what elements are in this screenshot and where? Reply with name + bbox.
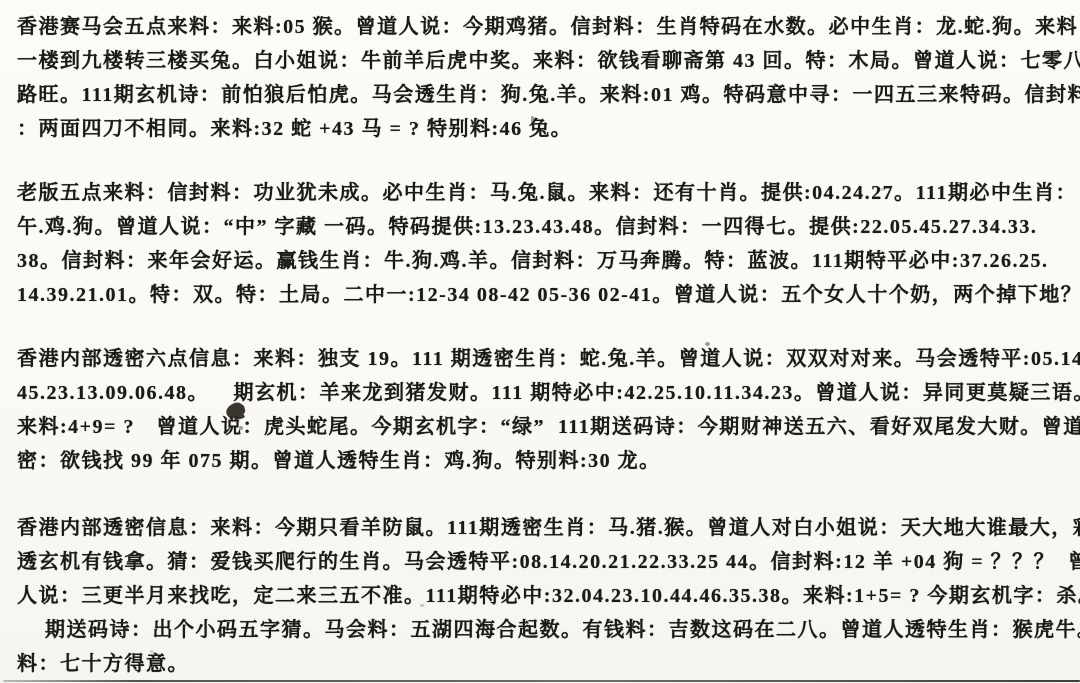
text-line: 38。信封料：来年会好运。赢钱生肖：牛.狗.鸡.羊。信封料：万马奔腾。特：蓝波。… <box>17 244 1069 278</box>
text-line: 香港内部透密信息：来料：今期只看羊防鼠。111期透密生肖：马.猪.猴。曾道人对白… <box>17 511 1069 545</box>
scan-speck <box>420 604 424 607</box>
scan-speck <box>239 426 243 430</box>
paragraph-hk-jockey-club-5pm: 香港赛马会五点来料：来料:05 猴。曾道人说：今期鸡猪。信封料：生肖特码在水数。… <box>17 10 1069 146</box>
text-line: 午.鸡.狗。曾道人说：“中” 字藏 一码。特码提供:13.23.43.48。信封… <box>17 210 1069 244</box>
text-line: 一楼到九楼转三楼买兔。白小姐说：牛前羊后虎中奖。来料：欲钱看聊斋第 43 回。特… <box>17 44 1069 78</box>
scanned-document-page: 香港赛马会五点来料：来料:05 猴。曾道人说：今期鸡猪。信封料：生肖特码在水数。… <box>0 0 1080 683</box>
scan-speck <box>531 116 534 125</box>
paragraph-code-poem: 期送码诗：出个小码五字猜。马会料：五湖四海合起数。有钱料：吉数这码在二八。曾道人… <box>17 613 1069 681</box>
text-line: 来料:4+9= ? 曾道人说：虎头蛇尾。今期玄机字：“绿” 111期送码诗：今期… <box>17 410 1069 444</box>
text-line: 料：七十方得意。 <box>17 647 1069 681</box>
scan-speck <box>150 650 153 653</box>
scan-speck <box>880 188 883 191</box>
text-line: 老版五点来料：信封料：功业犹未成。必中生肖：马.兔.鼠。来料：还有十肖。提供:0… <box>17 176 1069 210</box>
text-line: 透玄机有钱拿。猜：爱钱买爬行的生肖。马会透特平:08.14.20.21.22.3… <box>17 545 1069 579</box>
text-line: 密：欲钱找 99 年 075 期。曾道人透特生肖：鸡.狗。特别料:30 龙。 <box>17 444 1069 478</box>
scan-speck <box>705 342 710 346</box>
paragraph-old-version-5pm: 老版五点来料：信封料：功业犹未成。必中生肖：马.兔.鼠。来料：还有十肖。提供:0… <box>17 176 1069 312</box>
text-line: 香港内部透密六点信息：来料：独支 19。111 期透密生肖：蛇.兔.羊。曾道人说… <box>17 342 1069 376</box>
text-line: 期送码诗：出个小码五字猜。马会料：五湖四海合起数。有钱料：吉数这码在二八。曾道人… <box>17 613 1069 647</box>
text-line: 45.23.13.09.06.48。 期玄机：羊来龙到猪发财。111 期特必中:… <box>17 376 1069 410</box>
text-line: 路旺。111期玄机诗：前怕狼后怕虎。马会透生肖：狗.兔.羊。来料:01 鸡。特码… <box>17 78 1069 112</box>
text-line: ：两面四刀不相同。来料:32 蛇 +43 马 = ? 特别料:46 兔。 <box>17 112 1069 146</box>
text-line: 人说：三更半月来找吃，定二来三五不准。111期特必中:32.04.23.10.4… <box>17 579 1069 613</box>
text-line: 香港赛马会五点来料：来料:05 猴。曾道人说：今期鸡猪。信封料：生肖特码在水数。… <box>17 10 1069 44</box>
paragraph-hk-internal-info: 香港内部透密信息：来料：今期只看羊防鼠。111期透密生肖：马.猪.猴。曾道人对白… <box>17 511 1069 613</box>
scan-edge-line <box>3 680 1080 682</box>
paragraph-hk-internal-6pm-info: 香港内部透密六点信息：来料：独支 19。111 期透密生肖：蛇.兔.羊。曾道人说… <box>17 342 1069 478</box>
text-line: 14.39.21.01。特：双。特：土局。二中一:12-34 08-42 05-… <box>17 278 1069 312</box>
document-text: 香港赛马会五点来料：来料:05 猴。曾道人说：今期鸡猪。信封料：生肖特码在水数。… <box>17 10 1069 681</box>
